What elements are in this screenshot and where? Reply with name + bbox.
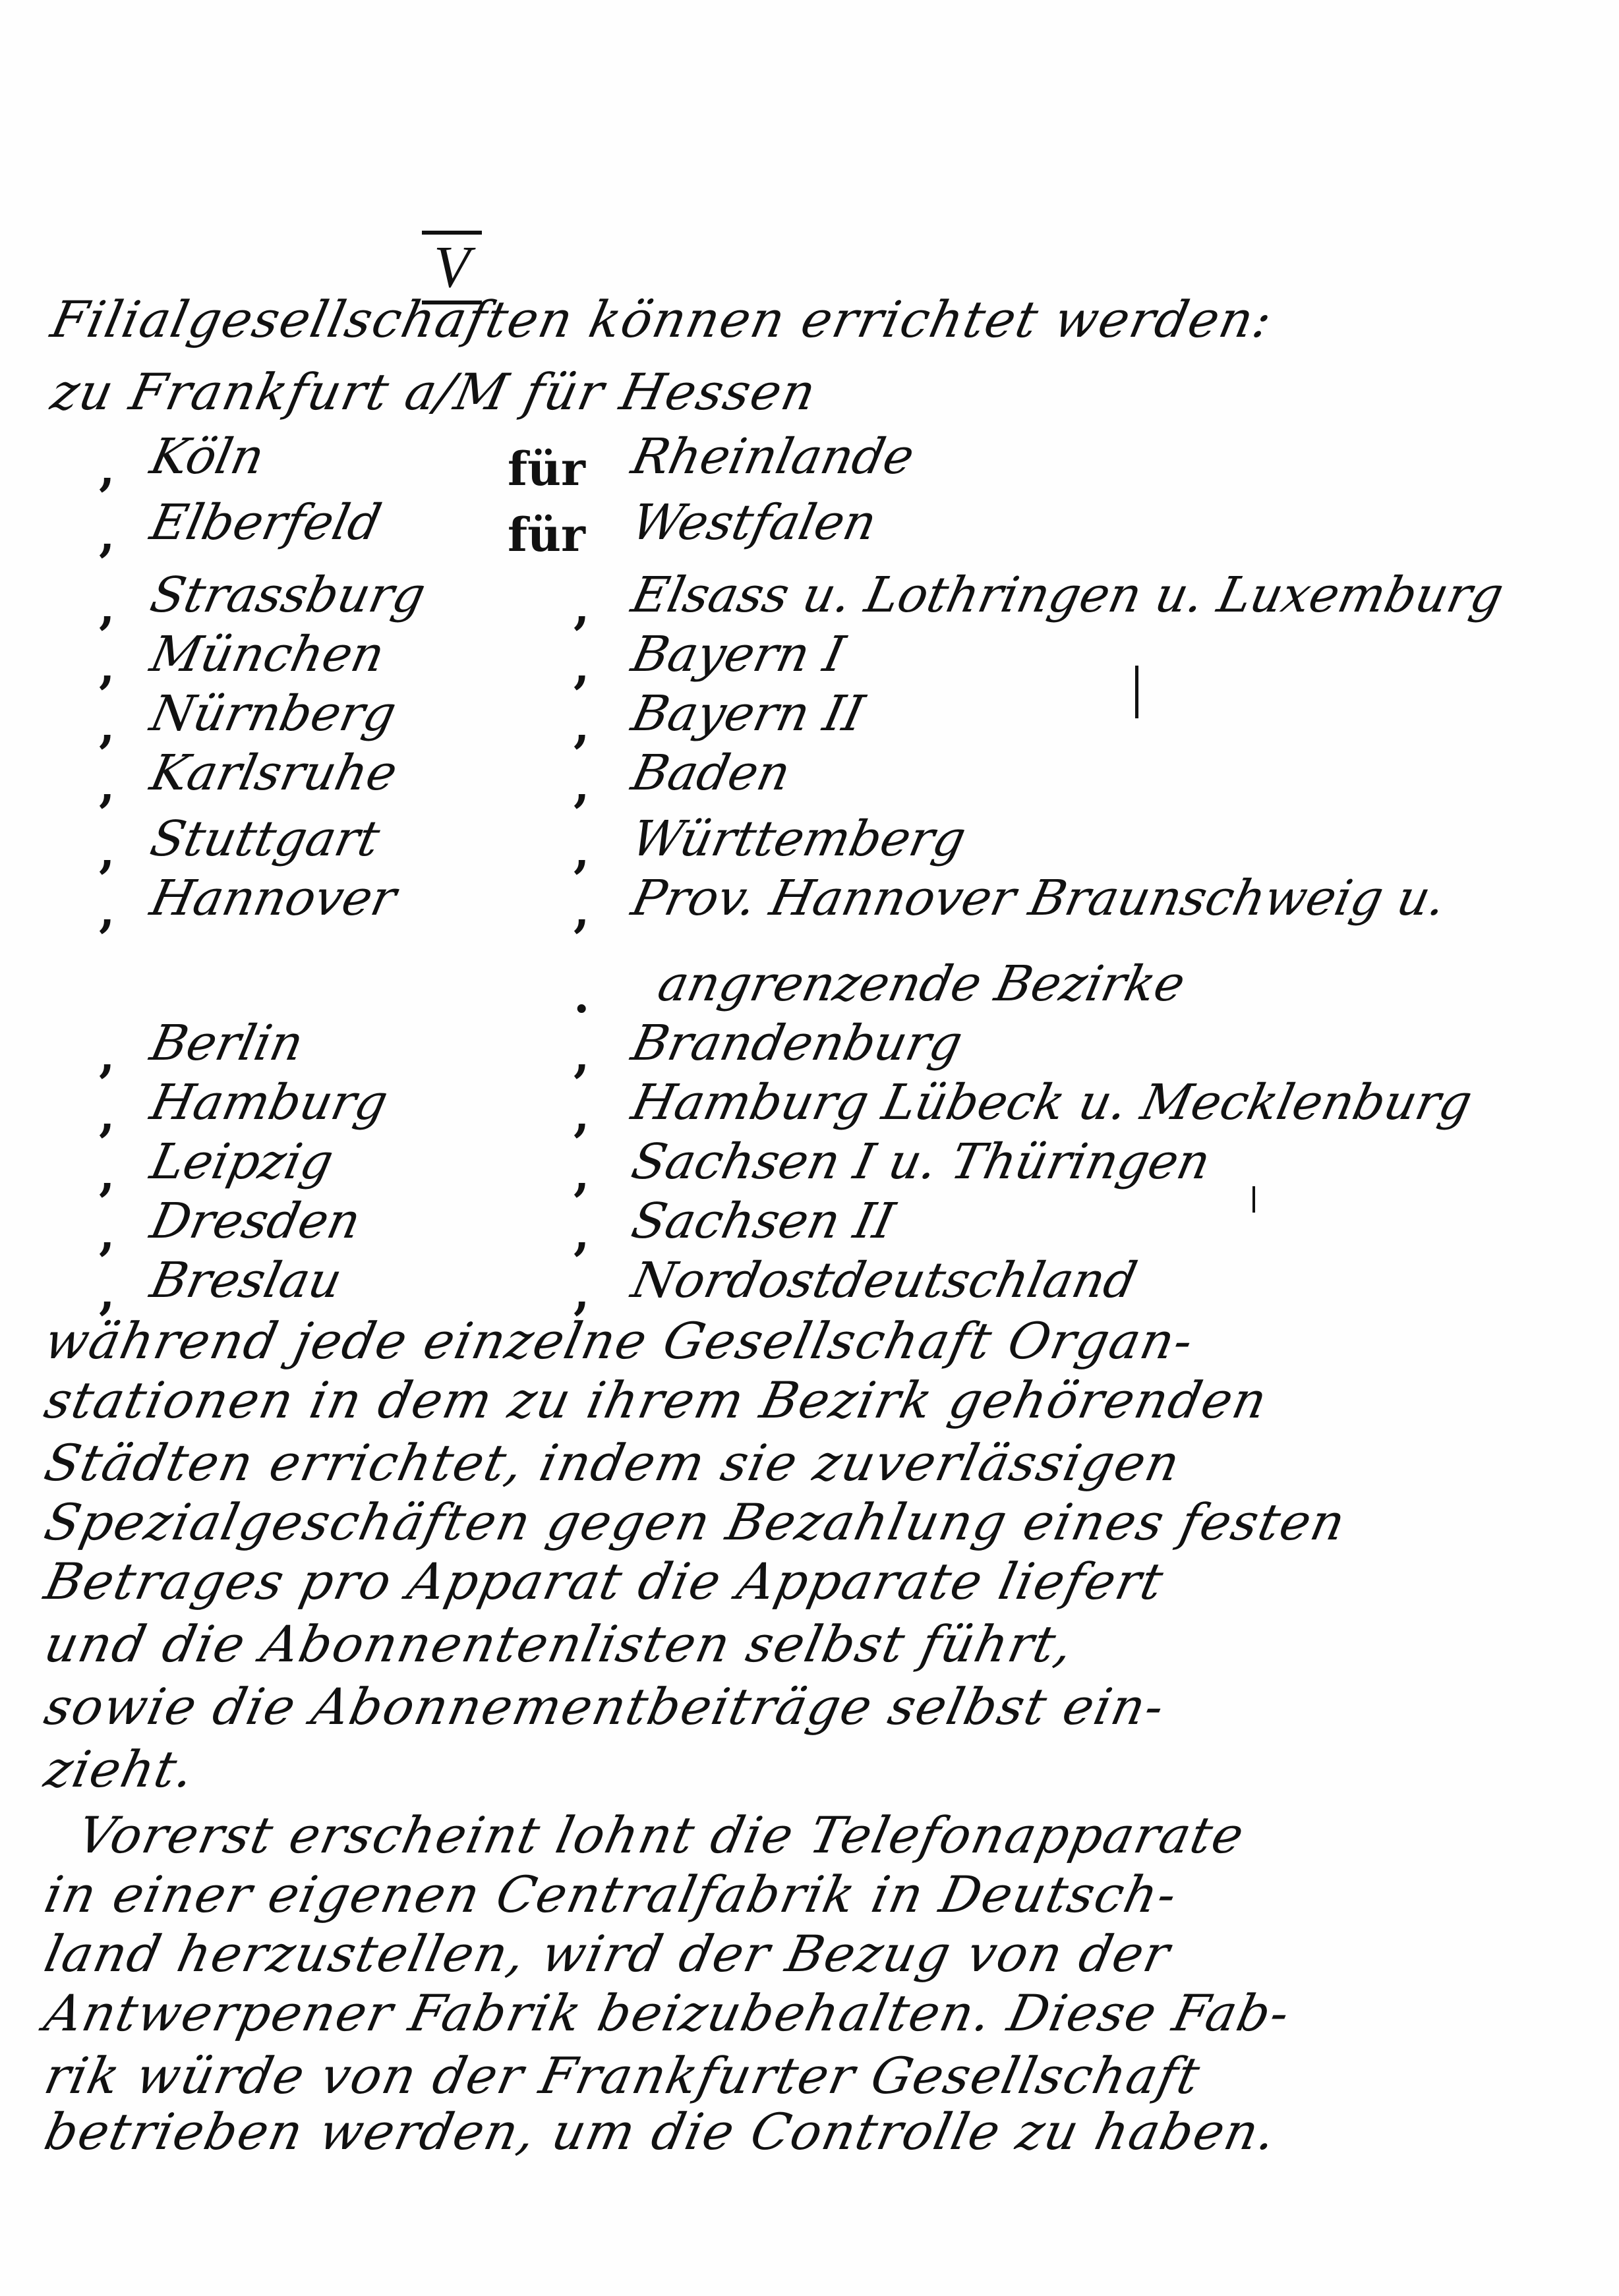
branch-connector: , xyxy=(574,1206,589,1261)
body-line: sowie die Abonnementbeiträge selbst ein- xyxy=(40,1677,1170,1736)
branch-city: Elberfeld xyxy=(146,494,386,551)
stray-mark xyxy=(1135,666,1138,718)
branch-city: Berlin xyxy=(146,1015,309,1072)
branch-connector: , xyxy=(574,1147,589,1201)
branch-connector: , xyxy=(574,883,589,938)
branch-city: Karlsruhe xyxy=(146,745,402,801)
branch-region: Hamburg Lübeck u. Mecklenburg xyxy=(627,1074,1477,1131)
branch-city: Stuttgart xyxy=(146,811,384,867)
branch-connector: für xyxy=(508,442,585,496)
ditto-mark: , xyxy=(99,824,115,878)
branch-region: Elsass u. Lothringen u. Luxemburg xyxy=(627,567,1508,623)
branch-connector: , xyxy=(574,758,589,813)
branch-region: angrenzende Bezirke xyxy=(653,956,1190,1012)
ditto-mark: , xyxy=(99,883,115,938)
branch-city: Strassburg xyxy=(146,567,430,623)
branch-city: Breslau xyxy=(146,1252,347,1309)
branch-region: Sachsen II xyxy=(627,1193,900,1249)
body-line: in einer eigenen Centralfabrik in Deutsc… xyxy=(40,1865,1183,1924)
branch-connector: , xyxy=(574,639,589,694)
body-line: betrieben werden, um die Controlle zu ha… xyxy=(40,2102,1282,2161)
branch-region: Westfalen xyxy=(627,494,881,551)
body-line: land herzustellen, wird der Bezug von de… xyxy=(40,1924,1176,1983)
branch-city: Hannover xyxy=(146,870,401,927)
branch-region: Nordostdeutschland xyxy=(627,1252,1142,1309)
branch-region: Bayern I xyxy=(627,626,850,683)
branch-connector: , xyxy=(574,1087,589,1142)
body-line: und die Abonnentenlisten selbst führt, xyxy=(40,1615,1079,1673)
body-line: Antwerpener Fabrik beizubehalten. Diese … xyxy=(40,1984,1296,2042)
branch-region: Bayern II xyxy=(627,685,869,742)
branch-region: Baden xyxy=(627,745,796,801)
body-line: stationen in dem zu ihrem Bezirk gehören… xyxy=(40,1371,1273,1429)
branch-city: Nürnberg xyxy=(146,685,401,742)
branch-city: Dresden xyxy=(146,1193,366,1249)
manuscript-page: V Filialgesellschaften können errichtet … xyxy=(0,0,1619,2296)
stray-mark xyxy=(1252,1186,1255,1213)
branch-region: Sachsen I u. Thüringen xyxy=(627,1134,1216,1190)
ditto-mark: , xyxy=(99,699,115,753)
intro-line: zu Frankfurt a/M für Hessen xyxy=(46,362,822,421)
ditto-mark: , xyxy=(99,442,115,496)
ditto-mark: , xyxy=(99,507,115,562)
branch-region: Rheinlande xyxy=(627,428,919,485)
ditto-mark: , xyxy=(99,1147,115,1201)
branch-region: Prov. Hannover Braunschweig u. xyxy=(627,870,1451,927)
ditto-mark: , xyxy=(99,1087,115,1142)
branch-connector: , xyxy=(574,699,589,753)
ditto-mark: , xyxy=(99,758,115,813)
branch-connector: für xyxy=(508,507,585,562)
body-line: zieht. xyxy=(40,1740,200,1798)
branch-connector: , xyxy=(574,1028,589,1083)
branch-city: München xyxy=(146,626,390,683)
branch-city: Hamburg xyxy=(146,1074,393,1131)
branch-city: Köln xyxy=(146,428,269,485)
body-line: während jede einzelne Gesellschaft Organ… xyxy=(40,1311,1199,1370)
ditto-mark: , xyxy=(99,639,115,694)
branch-connector: , xyxy=(574,580,589,635)
branch-connector: . xyxy=(574,969,589,1023)
ditto-mark: , xyxy=(99,1028,115,1083)
branch-city: Leipzig xyxy=(146,1134,338,1190)
body-line: Städten errichtet, indem sie zuverlässig… xyxy=(40,1433,1186,1492)
body-line: rik würde von der Frankfurter Gesellscha… xyxy=(40,2046,1206,2105)
ditto-mark: , xyxy=(99,1206,115,1261)
intro-line: Filialgesellschaften können errichtet we… xyxy=(46,290,1278,349)
branch-region: Brandenburg xyxy=(627,1015,967,1072)
body-line: Vorerst erscheint lohnt die Telefonappar… xyxy=(73,1806,1250,1864)
body-line: Spezialgeschäften gegen Bezahlung eines … xyxy=(40,1493,1351,1551)
body-line: Betrages pro Apparat die Apparate liefer… xyxy=(40,1552,1169,1611)
branch-connector: , xyxy=(574,824,589,878)
branch-region: Württemberg xyxy=(627,811,971,867)
ditto-mark: , xyxy=(99,580,115,635)
